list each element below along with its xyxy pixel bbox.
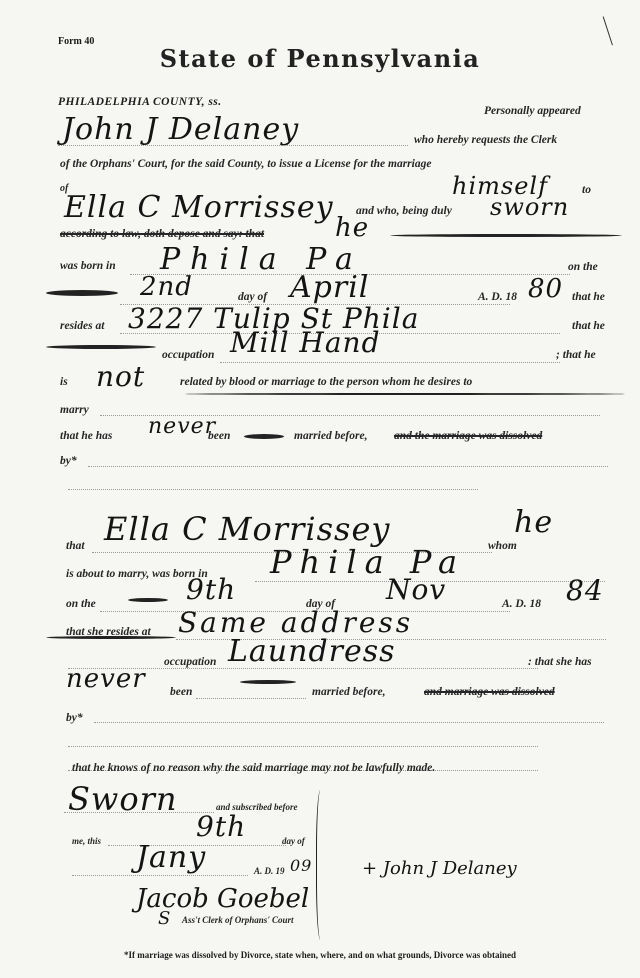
been-label-2: been (170, 686, 192, 698)
ink-stroke (390, 234, 622, 237)
marry-label: marry (60, 404, 89, 416)
corner-pen-mark (603, 13, 625, 46)
on-the-label: on the (568, 261, 598, 273)
was-born-in-label: was born in (60, 260, 116, 272)
bride-birth-day-entry: 9th (186, 573, 236, 606)
applicant-signature: + John J Delaney (362, 858, 517, 879)
according-to-law-label: according to law, doth depose and say: t… (60, 228, 264, 240)
bride-birth-year-entry: 84 (566, 574, 604, 607)
footnote: *If marriage was dissolved by Divorce, s… (0, 950, 640, 960)
sworn-month-line (72, 875, 248, 876)
clerk-title-label: Ass't Clerk of Orphans' Court (182, 915, 294, 925)
been-label: been (208, 430, 230, 442)
on-the-label-2: on the (66, 598, 96, 610)
groom-birth-day-entry: 2nd (140, 272, 193, 302)
whom-label: whom (488, 540, 517, 552)
day-of-label-3: day of (282, 836, 305, 846)
orphans-court-label: of the Orphans' Court, for the said Coun… (60, 158, 431, 170)
dissolved-clause-text-2: and marriage was dissolved (424, 686, 555, 698)
related-label: related by blood or marriage to the pers… (180, 376, 472, 388)
related-status-entry: not (96, 360, 145, 393)
that-he-semi-label: ; that he (556, 349, 596, 361)
that-she-has-label: : that she has (528, 656, 592, 668)
been-line-2 (196, 698, 306, 699)
groom-birth-year-entry: 80 (528, 274, 563, 304)
me-this-label: me, this (72, 836, 101, 846)
sworn-month-entry: Jany (136, 840, 206, 875)
bride-name-entry-1: Ella C Morrissey (64, 190, 334, 225)
and-who-being-duly-label: and who, being duly (356, 205, 452, 217)
groom-birth-month-entry: April (290, 270, 369, 305)
to-label: to (582, 184, 591, 196)
ink-stroke (128, 598, 168, 602)
is-label: is (60, 376, 68, 388)
ad-18-label-2: A. D. 18 (502, 598, 541, 610)
groom-occupation-entry: Mill Hand (230, 326, 381, 359)
by-line-2 (94, 722, 604, 723)
groom-married-before-entry: never (148, 414, 216, 439)
applicant-line (58, 145, 408, 146)
occupation-label-2: occupation (164, 656, 216, 668)
occupation-label: occupation (162, 349, 214, 361)
by-line-1 (88, 466, 608, 467)
ink-blot (46, 290, 118, 296)
by-line-2b (68, 746, 538, 747)
that-he-label-2: that he (572, 320, 605, 332)
county-heading: PHILADELPHIA COUNTY, ss. (58, 96, 222, 108)
ink-stroke (240, 680, 296, 684)
ad-18-label: A. D. 18 (478, 291, 517, 303)
applicant-name: John J Delaney (62, 112, 299, 147)
page-title: State of Pennsylvania (0, 44, 640, 73)
ink-blot (244, 434, 284, 439)
bride-birth-month-entry: Nov (386, 573, 446, 606)
knows-no-reason-label: that he knows of no reason why the said … (72, 762, 435, 774)
married-before-label: married before, (294, 430, 367, 442)
bride-occupation-entry: Laundress (228, 634, 396, 669)
by-label-2: by* (66, 712, 83, 724)
bracket-mark (316, 790, 327, 940)
whom-pronoun-entry: he (514, 505, 553, 540)
sworn-line (64, 812, 214, 813)
bride-married-before-entry: never (66, 664, 146, 694)
sworn-year-entry: 09 (290, 856, 312, 875)
personally-appeared-label: Personally appeared (484, 105, 581, 117)
occupation-line (220, 362, 560, 363)
ink-stroke (46, 636, 176, 639)
who-hereby-label: who hereby requests the Clerk (414, 134, 557, 146)
resides-at-label: resides at (60, 320, 104, 332)
sworn-entry-1: sworn (490, 193, 569, 221)
ink-stroke (46, 345, 156, 349)
dissolved-clause: and the marriage was dissolved (394, 430, 542, 442)
by-line-1b (68, 489, 478, 490)
that-he-label-1: that he (572, 291, 605, 303)
ink-stroke (185, 393, 625, 395)
married-before-label-2: married before, (312, 686, 385, 698)
dissolved-clause-2: and marriage was dissolved (424, 686, 555, 698)
marriage-license-application: Form 40 State of Pennsylvania PHILADELPH… (0, 0, 640, 978)
that-he-has-label: that he has (60, 430, 112, 442)
clerk-mark: S (158, 908, 171, 929)
ad-19-label: A. D. 19 (254, 866, 285, 876)
by-label-1: by* (60, 455, 77, 467)
according-to-law-text: according to law, doth depose and say: t… (60, 228, 264, 240)
that-label: that (66, 540, 85, 552)
dissolved-clause-text: and the marriage was dissolved (394, 430, 542, 442)
he-entry: he (335, 213, 369, 243)
sworn-day-entry: 9th (196, 810, 246, 843)
